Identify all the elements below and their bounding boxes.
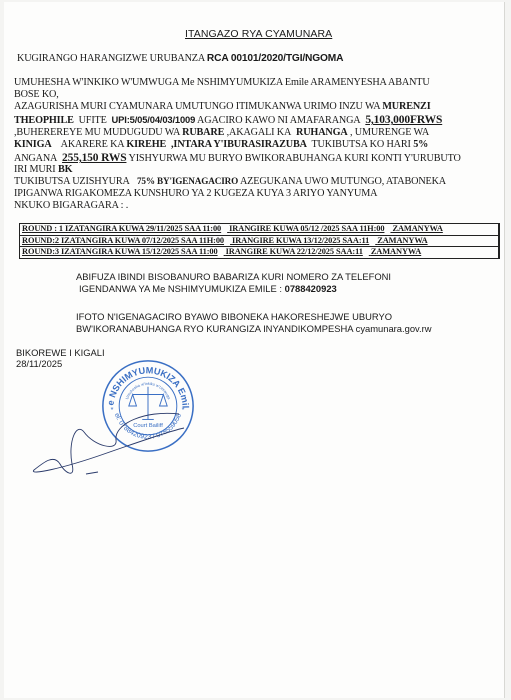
text: ,AKAGALI KA xyxy=(227,127,292,138)
round-start: ROUND:2 IZATANGIRA KUWA 07/12/2025 SAA 1… xyxy=(22,236,224,245)
text: TUKIBUTSA UZISHYURA xyxy=(14,176,130,187)
text: AKARERE KA xyxy=(61,139,124,150)
text: TUKIBUTSA KO HARI xyxy=(311,139,410,150)
body-line-2: BOSE KO, xyxy=(14,89,59,100)
text: AZAGURISHA MURI CYAMUNARA UMUTUNGO ITIMU… xyxy=(14,101,380,112)
property-value: 5,103,000FRWS xyxy=(365,114,442,126)
text: YISHYURWA MU BURYO BWIKORABUHANGA KURI K… xyxy=(128,153,460,164)
body-line-5: ,BUHEREREYE MU MUDUGUDU WA RUBARE ,AKAGA… xyxy=(14,127,429,138)
round-row-3: ROUND:3 IZATANGIRA KUWA 15/12/2025 SAA 1… xyxy=(20,247,498,258)
text: AGACIRO KAWO NI AMAFARANGA xyxy=(197,115,360,126)
body-line-9: TUKIBUTSA UZISHYURA 75% BY'IGENAGACIRO A… xyxy=(14,176,446,187)
village: RUBARE xyxy=(182,127,224,138)
round-row-2: ROUND:2 IZATANGIRA KUWA 07/12/2025 SAA 1… xyxy=(20,236,498,248)
text: IGENDANWA YA Me NSHIMYUMUKIZA EMILE : xyxy=(79,283,282,294)
text: IRI MURI xyxy=(14,164,56,175)
body-line-7: ANGANA 255,150 RWS YISHYURWA MU BURYO BW… xyxy=(14,152,461,164)
round-start: ROUND:3 IZATANGIRA KUWA 15/12/2025 SAA 1… xyxy=(22,247,218,256)
photos-line-2: BW'IKORANABUHANGA RYO KURANGIZA INYANDIK… xyxy=(76,323,432,334)
owner-last-name: THEOPHILE xyxy=(14,115,74,126)
body-line-1: UMUHESHA W'INKIKO W'UMWUGA Me NSHIMYUMUK… xyxy=(14,77,430,88)
page-title: ITANGAZO RYA CYAMUNARA xyxy=(185,28,332,40)
sector: KINIGA xyxy=(14,139,52,150)
case-line: KUGIRANGO HARANGIZWE URUBANZA RCA 00101/… xyxy=(17,53,343,64)
district: KIREHE xyxy=(126,139,166,150)
signoff-date: 28/11/2025 xyxy=(16,358,62,369)
body-line-4: THEOPHILE UFITE UPI:5/05/04/03/1009 AGAC… xyxy=(14,114,442,126)
signoff-place: BIKOREWE I KIGALI xyxy=(16,347,105,358)
body-line-10: IPIGANWA RIGAKOMEZA KUNSHURO YA 2 KUGEZA… xyxy=(14,188,377,199)
text: ,BUHEREREYE MU MUDUGUDU WA xyxy=(14,127,180,138)
contact-line-1: ABIFUZA IBINDI BISOBANURO BABARIZA KURI … xyxy=(76,271,391,282)
round-status: ZAMANYWA xyxy=(377,236,427,245)
body-line-3: AZAGURISHA MURI CYAMUNARA UMUTUNGO ITIMU… xyxy=(14,101,431,112)
round-end: IRANGIRE KUWA 05/12 /2025 SAA 11H:00 xyxy=(229,224,384,233)
province: ,INTARA Y'IBURASIRAZUBA xyxy=(171,139,307,150)
text: UFITE xyxy=(79,115,107,126)
bank-name: BK xyxy=(58,164,72,175)
round-status: ZAMANYWA xyxy=(392,224,442,233)
photos-line-1: IFOTO N'IGENAGACIRO BYAWO BIBONEKA HAKOR… xyxy=(76,311,392,322)
percent-value: 75% BY'IGENAGACIRO xyxy=(137,176,238,186)
text: ANGANA xyxy=(14,153,57,164)
auction-rounds-table: ROUND : 1 IZATANGIRA KUWA 29/11/2025 SAA… xyxy=(19,223,500,259)
text: , UMURENGE WA xyxy=(350,127,429,138)
document-page: ITANGAZO RYA CYAMUNARA KUGIRANGO HARANGI… xyxy=(4,2,505,698)
round-end: IRANGIRE KUWA 13/12/2025 SAA:11 xyxy=(232,236,369,245)
deposit-percent: 5% xyxy=(413,139,428,150)
round-start: ROUND : 1 IZATANGIRA KUWA 29/11/2025 SAA… xyxy=(22,224,221,233)
body-line-11: NKUKO BIGARAGARA : . xyxy=(14,200,128,211)
round-row-1: ROUND : 1 IZATANGIRA KUWA 29/11/2025 SAA… xyxy=(20,224,498,236)
owner-first-name: MURENZI xyxy=(382,101,430,112)
round-status: ZAMANYWA xyxy=(371,247,421,256)
upi-number: UPI:5/05/04/03/1009 xyxy=(112,114,196,125)
case-prefix: KUGIRANGO HARANGIZWE URUBANZA xyxy=(17,53,205,64)
contact-line-2: IGENDANWA YA Me NSHIMYUMUKIZA EMILE : 07… xyxy=(79,283,337,294)
website-link[interactable]: cyamunara.gov.rw xyxy=(356,323,432,334)
deposit-amount: 255,150 RWS xyxy=(62,152,126,164)
round-end: IRANGIRE KUWA 22/12/2025 SAA:11 xyxy=(226,247,363,256)
body-line-6: KINIGA AKARERE KA KIREHE ,INTARA Y'IBURA… xyxy=(14,139,428,150)
cell: RUHANGA xyxy=(296,127,348,138)
signature-icon xyxy=(24,402,194,482)
text: BW'IKORANABUHANGA RYO KURANGIZA INYANDIK… xyxy=(76,323,353,334)
case-number: RCA 00101/2020/TGI/NGOMA xyxy=(207,53,343,64)
phone-number: 0788420923 xyxy=(285,283,337,294)
text: AZEGUKANA UWO MUTUNGO, ATABONEKA xyxy=(240,176,446,187)
body-line-8: IRI MURI BK xyxy=(14,164,72,175)
